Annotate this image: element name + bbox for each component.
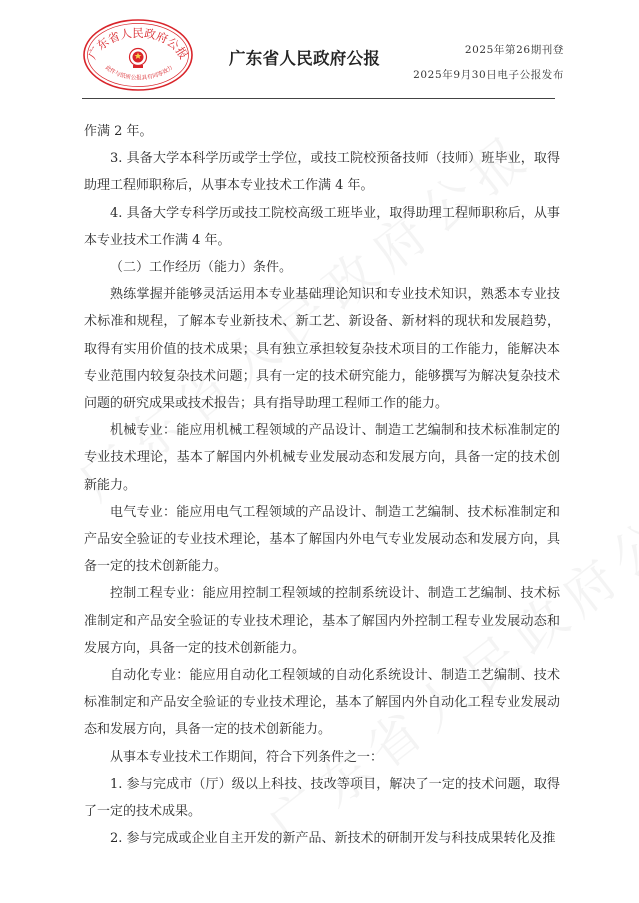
page-header: 广东省人民政府公报 此件与纸质公报具有同等效力 广东省人民政府公报 2025年第… (0, 0, 639, 100)
paragraph: 机械专业：能应用机械工程领域的产品设计、制造工艺编制和技术标准制定的专业技术理论… (84, 417, 560, 499)
section-heading: （二）工作经历（能力）条件。 (84, 254, 560, 281)
paragraph: 熟练掌握并能够灵活运用本专业基础理论知识和专业技术知识，熟悉本专业技术标准和规程… (84, 281, 560, 417)
issue-number: 2025年第26期刊登 (413, 38, 564, 63)
paragraph: 从事本专业技术工作期间，符合下列条件之一： (84, 744, 560, 771)
header-divider (82, 98, 555, 99)
national-emblem-icon (130, 49, 147, 69)
paragraph: 自动化专业：能应用自动化工程领域的自动化系统设计、制造工艺编制、技术标准制定和产… (84, 662, 560, 744)
paragraph: 电气专业：能应用电气工程领域的产品设计、制造工艺编制、技术标准制定和产品安全验证… (84, 499, 560, 581)
gazette-title: 广东省人民政府公报 (229, 45, 380, 69)
paragraph: 4. 具备大学专科学历或技工院校高级工班毕业，取得助理工程师职称后，从事本专业技… (84, 200, 560, 254)
issue-info: 2025年第26期刊登 2025年9月30日电子公报发布 (413, 38, 564, 88)
paragraph: 3. 具备大学本科学历或学士学位，或技工院校预备技师（技师）班毕业，取得助理工程… (84, 145, 560, 199)
publish-date: 2025年9月30日电子公报发布 (413, 63, 564, 88)
gazette-seal-logo: 广东省人民政府公报 此件与纸质公报具有同等效力 (82, 18, 194, 92)
document-body: 作满 2 年。 3. 具备大学本科学历或学士学位，或技工院校预备技师（技师）班毕… (84, 118, 560, 852)
paragraph: 作满 2 年。 (84, 118, 560, 145)
paragraph: 控制工程专业：能应用控制工程领域的控制系统设计、制造工艺编制、技术标准制定和产品… (84, 580, 560, 662)
paragraph: 2. 参与完成或企业自主开发的新产品、新技术的研制开发与科技成果转化及推 (84, 825, 560, 852)
paragraph: 1. 参与完成市（厅）级以上科技、技改等项目，解决了一定的技术问题，取得了一定的… (84, 771, 560, 825)
